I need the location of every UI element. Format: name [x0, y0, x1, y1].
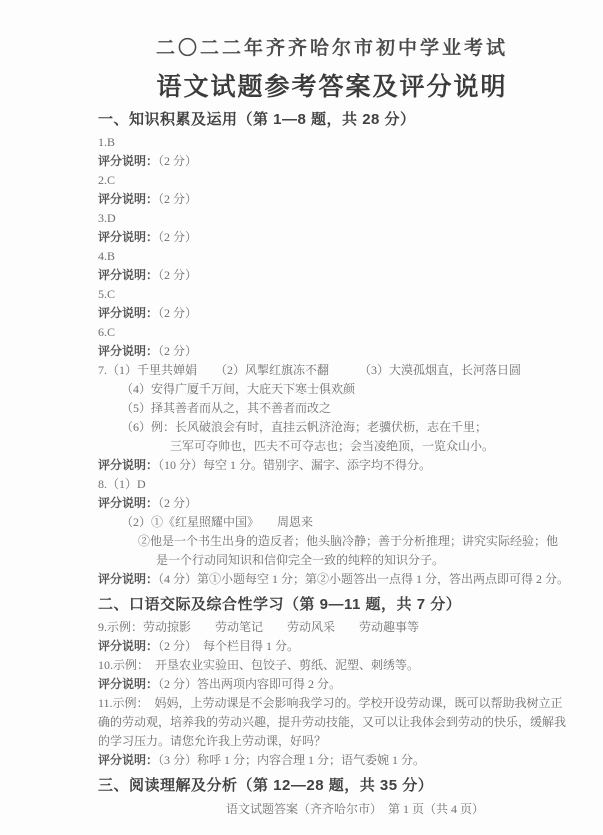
- scoring-text: （2 分）: [158, 306, 197, 320]
- scoring-text: （2 分） 每个栏目得 1 分。: [158, 639, 299, 653]
- answer-line-q8-part2-2-cont: 是一个行动同知识和信仰完全一致的纯粹的知识分子。: [98, 551, 566, 570]
- scoring-label: 评分说明：: [98, 677, 158, 691]
- scoring-label: 评分说明：: [98, 753, 158, 767]
- scoring-text: （2 分）: [158, 230, 197, 244]
- scoring-line: 评分说明：（2 分）: [98, 228, 566, 247]
- page-footer: 语文试题答案（齐齐哈尔市） 第 1 页（共 4 页）: [0, 800, 484, 817]
- scoring-text: （2 分）: [158, 268, 197, 282]
- scoring-text: （2 分）: [158, 154, 197, 168]
- scoring-line: 评分说明：（10 分）每空 1 分。错别字、漏字、添字均不得分。: [98, 456, 566, 475]
- scoring-text: （2 分）: [158, 496, 197, 510]
- answer-line-q11-1: 11.示例： 妈妈，上劳动课是不会影响我学习的。学校开设劳动课，既可以帮助我树立…: [98, 694, 566, 713]
- answer-line-q7-part5: （5）择其善者而从之，其不善者而改之: [98, 399, 566, 418]
- answer-line-q10: 10.示例： 开垦农业实验田、包饺子、剪纸、泥塑、刺绣等。: [98, 656, 566, 675]
- scoring-label: 评分说明：: [98, 268, 158, 282]
- section-1-heading: 一、知识积累及运用（第 1—8 题，共 28 分）: [98, 109, 566, 131]
- answer-line-q1: 1.B: [98, 133, 566, 152]
- scoring-label: 评分说明：: [98, 572, 158, 586]
- scoring-text: （2 分）: [158, 344, 197, 358]
- scoring-label: 评分说明：: [98, 154, 158, 168]
- scoring-text: （4 分）第①小题每空 1 分；第②小题答出一点得 1 分，答出两点即可得 2 …: [158, 572, 569, 586]
- scanned-answer-page: 二〇二二年齐齐哈尔市初中学业考试 语文试题参考答案及评分说明 一、知识积累及运用…: [0, 0, 603, 835]
- scoring-label: 评分说明：: [98, 306, 158, 320]
- section-3-heading: 三、阅读理解及分析（第 12—28 题，共 35 分）: [98, 775, 566, 797]
- scoring-label: 评分说明：: [98, 230, 158, 244]
- scoring-line: 评分说明：（3 分）称呼 1 分；内容合理 1 分；语气委婉 1 分。: [98, 751, 566, 770]
- scoring-line: 评分说明：（2 分）: [98, 152, 566, 171]
- answer-line-q8-part1: 8.（1）D: [98, 475, 566, 494]
- answer-line-q7-part6: （6）例：长风破浪会有时，直挂云帆济沧海；老骥伏枥，志在千里；: [98, 418, 566, 437]
- scoring-text: （2 分）: [158, 192, 197, 206]
- scoring-text: （10 分）每空 1 分。错别字、漏字、添字均不得分。: [158, 458, 431, 472]
- scoring-line: 评分说明：（2 分）答出两项内容即可得 2 分。: [98, 675, 566, 694]
- scoring-label: 评分说明：: [98, 458, 158, 472]
- scoring-label: 评分说明：: [98, 639, 158, 653]
- scoring-line: 评分说明：（4 分）第①小题每空 1 分；第②小题答出一点得 1 分，答出两点即…: [98, 570, 566, 589]
- answer-line-q11-3: 的学习压力。请您允许我上劳动课，好吗？: [98, 732, 566, 751]
- scoring-line: 评分说明：（2 分）: [98, 266, 566, 285]
- answer-line-q3: 3.D: [98, 209, 566, 228]
- page-content: 二〇二二年齐齐哈尔市初中学业考试 语文试题参考答案及评分说明 一、知识积累及运用…: [98, 36, 566, 799]
- page-title: 语文试题参考答案及评分说明: [98, 70, 566, 104]
- scoring-label: 评分说明：: [98, 496, 158, 510]
- scoring-label: 评分说明：: [98, 192, 158, 206]
- scoring-line: 评分说明：（2 分）: [98, 342, 566, 361]
- answer-line-q7-part4: （4）安得广厦千万间，大庇天下寒士俱欢颜: [98, 380, 566, 399]
- answer-line-q4: 4.B: [98, 247, 566, 266]
- scoring-line: 评分说明：（2 分） 每个栏目得 1 分。: [98, 637, 566, 656]
- section-2-heading: 二、口语交际及综合性学习（第 9—11 题，共 7 分）: [98, 594, 566, 616]
- answer-line-q7-part6-cont: 三军可夺帅也，匹夫不可夺志也；会当凌绝顶，一览众山小。: [98, 437, 566, 456]
- scoring-line: 评分说明：（2 分）: [98, 190, 566, 209]
- answer-line-q9: 9.示例：劳动掠影 劳动笔记 劳动风采 劳动趣事等: [98, 618, 566, 637]
- answer-line-q2: 2.C: [98, 171, 566, 190]
- answer-line-q5: 5.C: [98, 285, 566, 304]
- answer-line-q11-2: 确的劳动观，培养我的劳动兴趣，提升劳动技能，又可以让我体会到劳动的快乐，缓解我: [98, 713, 566, 732]
- scoring-label: 评分说明：: [98, 344, 158, 358]
- answer-line-q7-part1: 7.（1）千里共婵娟 （2）风掣红旗冻不翻 （3）大漠孤烟直，长河落日圆: [98, 361, 566, 380]
- answer-line-q8-part2-1: （2）①《红星照耀中国》 周恩来: [98, 513, 566, 532]
- scoring-line: 评分说明：（2 分）: [98, 304, 566, 323]
- answer-line-q6: 6.C: [98, 323, 566, 342]
- exam-title: 二〇二二年齐齐哈尔市初中学业考试: [98, 36, 566, 62]
- scoring-line: 评分说明：（2 分）: [98, 494, 566, 513]
- answer-line-q8-part2-2: ②他是一个书生出身的造反者；他头脑冷静；善于分析推理；讲究实际经验；他: [98, 532, 566, 551]
- scoring-text: （3 分）称呼 1 分；内容合理 1 分；语气委婉 1 分。: [158, 753, 425, 767]
- scoring-text: （2 分）答出两项内容即可得 2 分。: [158, 677, 341, 691]
